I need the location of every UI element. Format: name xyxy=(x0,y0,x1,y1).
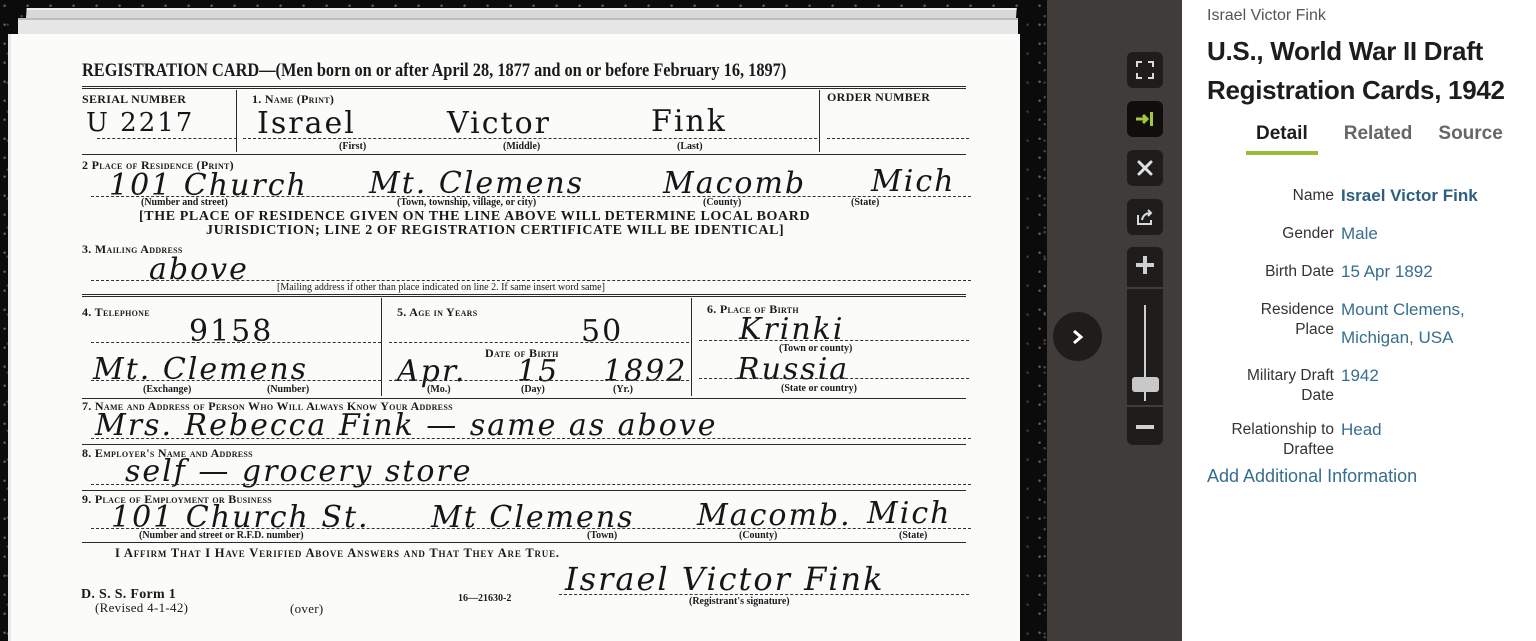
residence-state: Mich xyxy=(871,164,955,199)
fact-value: Mount Clemens, Michigan, USA xyxy=(1341,296,1527,352)
share-button[interactable] xyxy=(1127,199,1163,235)
mailing-value: above xyxy=(149,252,249,287)
tools-icon xyxy=(1136,159,1154,177)
name-last: Fink xyxy=(651,104,727,139)
dotted-line xyxy=(699,378,969,379)
collapse-panel-icon xyxy=(1135,111,1155,127)
divider xyxy=(236,90,237,152)
fact-row: Relationship to Draftee Head xyxy=(1207,420,1527,460)
rule xyxy=(82,444,966,445)
affirmation-text: I Affirm That I Have Verified Above Answ… xyxy=(115,546,560,561)
dotted-line xyxy=(91,280,971,281)
dotted-line xyxy=(243,138,817,139)
fact-label: Military Draft Date xyxy=(1207,366,1341,406)
divider xyxy=(819,90,820,152)
telephone-exchange: Mt. Clemens xyxy=(93,352,308,387)
caption: (Number and street) xyxy=(141,197,228,208)
share-icon xyxy=(1136,208,1154,226)
dotted-line xyxy=(389,380,689,381)
zoom-in-button[interactable] xyxy=(1127,247,1163,283)
rule xyxy=(82,86,966,89)
dotted-line xyxy=(389,342,689,343)
rule xyxy=(82,490,966,491)
tab-source[interactable]: Source xyxy=(1438,120,1502,155)
rule xyxy=(82,294,966,297)
dotted-line xyxy=(91,528,971,529)
fact-value: Male xyxy=(1341,220,1527,248)
employment-state: Mich xyxy=(867,496,951,531)
dotted-line xyxy=(91,438,971,439)
caption: (Middle) xyxy=(503,141,540,152)
dotted-line xyxy=(91,380,381,381)
registration-card: REGISTRATION CARD—(Men born on or after … xyxy=(8,34,1020,641)
caption: (State or country) xyxy=(781,383,857,394)
next-image-button[interactable] xyxy=(1053,312,1102,361)
form-revised: (Revised 4-1-42) xyxy=(95,600,188,616)
telephone-number: 9158 xyxy=(189,314,273,349)
fact-row: Gender Male xyxy=(1207,224,1527,248)
name-middle: Victor xyxy=(447,106,551,141)
fact-label: Birth Date xyxy=(1207,262,1341,286)
caption: (Town, township, village, or city) xyxy=(397,197,536,208)
fact-label: Gender xyxy=(1207,224,1341,248)
fact-label: Name xyxy=(1207,186,1341,210)
fullscreen-icon xyxy=(1136,61,1154,79)
age-value: 50 xyxy=(581,314,623,349)
over-text: (over) xyxy=(290,601,324,617)
collection-title: U.S., World War II Draft Registration Ca… xyxy=(1207,32,1532,110)
fact-label: Relationship to Draftee xyxy=(1207,420,1341,460)
caption: (Town) xyxy=(587,530,617,541)
signature: Israel Victor Fink xyxy=(565,560,885,598)
name-label: 1. Name (Print) xyxy=(252,92,334,107)
fact-value-link[interactable]: Israel Victor Fink xyxy=(1341,182,1527,210)
dotted-line xyxy=(827,138,969,139)
dotted-line xyxy=(699,340,969,341)
plus-icon xyxy=(1135,255,1155,275)
order-label: ORDER NUMBER xyxy=(827,90,930,105)
name-first: Israel xyxy=(257,106,356,141)
toggle-panel-button[interactable] xyxy=(1127,101,1163,137)
serial-value: U 2217 xyxy=(86,108,194,138)
zoom-out-button[interactable] xyxy=(1127,409,1163,445)
caption: (Registrant's signature) xyxy=(689,596,790,607)
tools-button[interactable] xyxy=(1127,150,1163,186)
rule xyxy=(82,154,966,155)
notice-line-2: JURISDICTION; LINE 2 OF REGISTRATION CER… xyxy=(206,223,784,239)
divider xyxy=(691,298,692,396)
telephone-label: 4. Telephone xyxy=(82,305,150,320)
image-viewer[interactable]: REGISTRATION CARD—(Men born on or after … xyxy=(0,0,1182,641)
birthplace-country: Russia xyxy=(737,352,849,387)
fullscreen-button[interactable] xyxy=(1127,52,1163,88)
caption: (County) xyxy=(703,197,741,208)
person-name: Israel Victor Fink xyxy=(1207,7,1326,25)
caption: (Day) xyxy=(521,384,545,395)
caption: [Mailing address if other than place ind… xyxy=(277,282,605,293)
record-detail-panel: Israel Victor Fink U.S., World War II Dr… xyxy=(1182,0,1536,641)
chevron-right-icon xyxy=(1071,329,1085,345)
fact-value: 1942 xyxy=(1341,362,1527,406)
zoom-control xyxy=(1127,247,1163,445)
divider xyxy=(381,298,382,396)
fact-row: Military Draft Date 1942 xyxy=(1207,366,1527,406)
fact-value: 15 Apr 1892 xyxy=(1341,258,1527,286)
caption: (State) xyxy=(851,197,879,208)
print-code: 16—21630-2 xyxy=(458,593,511,604)
dotted-line xyxy=(91,484,971,485)
card-title: REGISTRATION CARD—(Men born on or after … xyxy=(82,60,786,82)
caption: (Yr.) xyxy=(613,384,633,395)
caption: (State) xyxy=(899,530,927,541)
tab-bar: Detail Related Source xyxy=(1246,120,1503,155)
dotted-line xyxy=(91,342,381,343)
fact-label: Residence Place xyxy=(1207,300,1341,352)
caption: (Last) xyxy=(677,141,703,152)
zoom-slider-handle[interactable] xyxy=(1132,377,1159,392)
add-additional-information-link[interactable]: Add Additional Information xyxy=(1207,466,1417,487)
fact-row: Name Israel Victor Fink xyxy=(1207,186,1527,210)
dotted-line xyxy=(97,138,237,139)
fact-value: Head xyxy=(1341,416,1527,460)
birthplace-town: Krinki xyxy=(739,312,844,347)
serial-label: SERIAL NUMBER xyxy=(82,92,186,107)
fact-row: Birth Date 15 Apr 1892 xyxy=(1207,262,1527,286)
caption: (Exchange) xyxy=(143,384,191,395)
caption: (County) xyxy=(739,530,777,541)
caption: (First) xyxy=(339,141,366,152)
minus-icon xyxy=(1135,417,1155,437)
age-label: 5. Age in Years xyxy=(397,305,478,320)
caption: (Mo.) xyxy=(427,384,451,395)
signature-line xyxy=(559,594,969,595)
rule xyxy=(82,542,966,543)
fact-row: Residence Place Mount Clemens, Michigan,… xyxy=(1207,300,1527,352)
divider xyxy=(1127,287,1163,289)
facts-list: Name Israel Victor Fink Gender Male Birt… xyxy=(1207,186,1527,474)
caption: (Number and street or R.F.D. number) xyxy=(139,530,304,541)
divider xyxy=(1127,405,1163,407)
tab-detail[interactable]: Detail xyxy=(1246,120,1318,155)
tab-related[interactable]: Related xyxy=(1344,120,1413,155)
scanned-image[interactable]: REGISTRATION CARD—(Men born on or after … xyxy=(0,0,1047,641)
caption: (Number) xyxy=(267,384,309,395)
